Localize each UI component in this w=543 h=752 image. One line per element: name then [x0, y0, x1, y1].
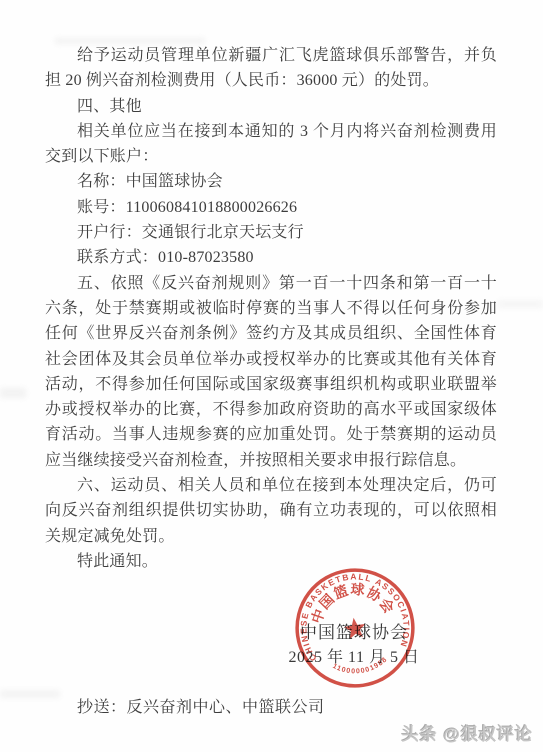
notice-body: 给予运动员管理单位新疆广汇飞虎篮球俱乐部警告，并负担 20 例兴奋剂检测费用（人… [45, 43, 497, 574]
seal-ring [290, 563, 421, 694]
issue-date: 2025 年 11 月 5 日 [269, 644, 439, 667]
bank-branch-line: 开户行：交通银行北京天坛支行 [45, 220, 497, 245]
contact-phone-line: 联系方式：010-87023580 [45, 245, 497, 270]
watermark-toutiao: 头条 @狠叔评论 [402, 720, 533, 745]
scan-artifact [0, 690, 60, 698]
account-name-line: 名称：中国篮球协会 [45, 169, 497, 194]
paragraph-payment-instruction: 相关单位应当在接到本通知的 3 个月内将兴奋剂检测费用交到以下账户： [45, 119, 497, 170]
seal-english-text: CHINESE BASKETBALL ASSOCIATION [291, 564, 415, 664]
seal-number: 110000001988 [330, 655, 390, 679]
paragraph-ban-rules: 五、依照《反兴奋剂规则》第一百一十四条和第一百一十六条，处于禁赛期或被临时停赛的… [45, 271, 497, 473]
seal-star-icon [343, 616, 367, 639]
issuer-name: 中国篮球协会 [279, 618, 429, 643]
scan-artifact [0, 388, 26, 398]
seal-chinese-text: 中国篮球协会 [303, 575, 399, 628]
notice-document: 给予运动员管理单位新疆广汇飞虎篮球俱乐部警告，并负担 20 例兴奋剂检测费用（人… [0, 0, 543, 752]
scan-artifact [498, 300, 543, 308]
paragraph-club-penalty: 给予运动员管理单位新疆广汇飞虎篮球俱乐部警告，并负担 20 例兴奋剂检测费用（人… [45, 43, 497, 94]
section-heading-other: 四、其他 [45, 94, 497, 119]
cc-line: 抄送：反兴奋剂中心、中篮联公司 [77, 694, 325, 717]
account-number-line: 账号：110060841018800026626 [45, 195, 497, 220]
paragraph-closing: 特此通知。 [45, 549, 497, 574]
official-seal: CHINESE BASKETBALL ASSOCIATION 中国篮球协会 11… [285, 558, 425, 698]
paragraph-assistance-reduction: 六、运动员、相关人员和单位在接到本处理决定后，仍可向反兴奋剂组织提供切实协助，确… [45, 473, 497, 549]
